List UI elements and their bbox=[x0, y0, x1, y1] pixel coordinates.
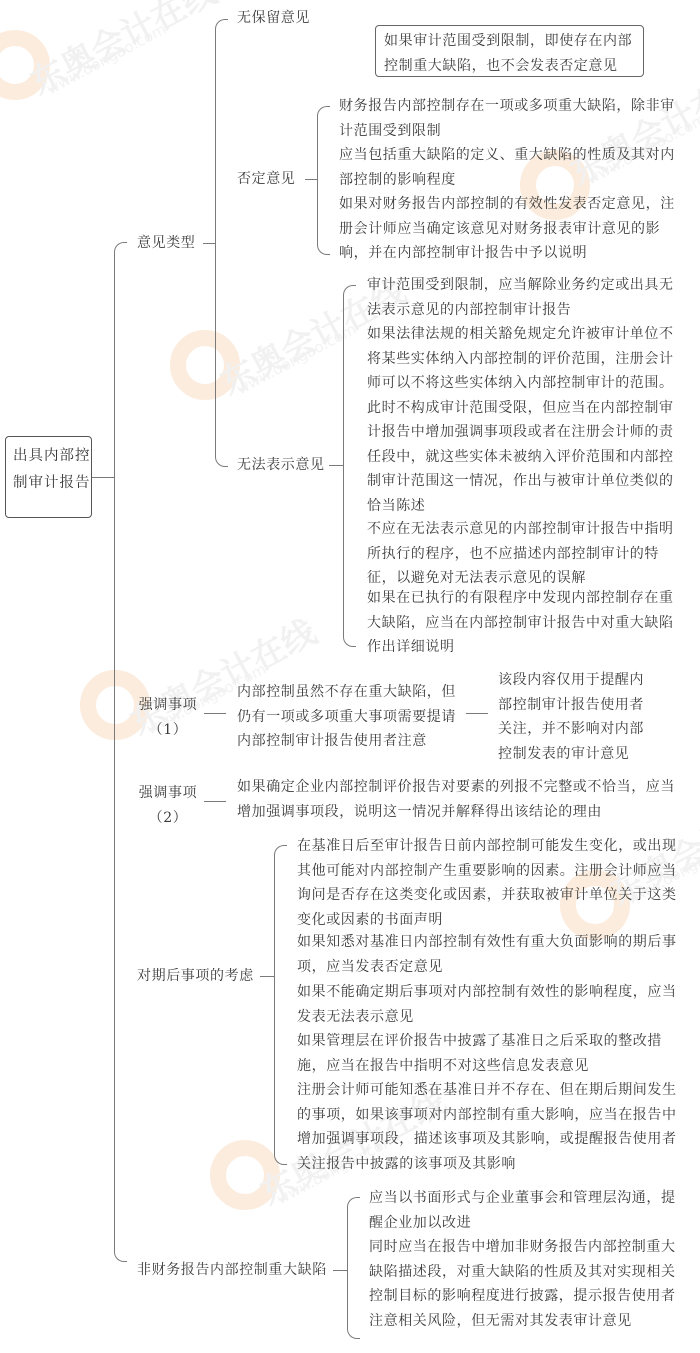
watermark-url: www.dongao.com bbox=[44, 20, 170, 98]
adverse-callout: 如果审计范围受到限制，即使存在内部控制重大缺陷，也不会发表否定意见 bbox=[375, 25, 644, 77]
disclaimer-item: 如果法律法规的相关豁免规定允许被审计单位不将某些实体纳入内部控制的评价范围，注册… bbox=[367, 322, 679, 518]
watermark-url: www.dongao.com bbox=[234, 320, 360, 398]
emphasis-1-note: 该段内容仅用于提醒内部控制审计报告使用者关注，并不影响对内部控制发表的审计意见 bbox=[498, 668, 648, 766]
opinion-types-brace bbox=[215, 19, 228, 467]
connector bbox=[333, 1270, 347, 1271]
connector bbox=[329, 465, 343, 466]
connector bbox=[92, 477, 114, 478]
root-node[interactable]: 出具内部控制审计报告 bbox=[5, 436, 92, 518]
disclaimer-item: 审计范围受到限制，应当解除业务约定或出具无法表示意见的内部控制审计报告 bbox=[367, 273, 679, 322]
disclaimer-brace bbox=[343, 285, 356, 647]
subsequent-item: 如果不能确定期后事项对内部控制有效性的影响程度，应当发表无法表示意见 bbox=[297, 980, 679, 1029]
main-branch-brace bbox=[114, 242, 127, 1262]
emphasis-1-label: 强调事项 bbox=[137, 693, 199, 718]
node-subsequent-events[interactable]: 对期后事项的考虑 bbox=[137, 964, 254, 989]
adverse-item: 如果对财务报告内部控制的有效性发表否定意见，注册会计师应当确定该意见对财务报表审… bbox=[339, 192, 675, 266]
node-unqualified[interactable]: 无保留意见 bbox=[237, 6, 310, 31]
connector bbox=[203, 243, 215, 244]
adverse-item: 财务报告内部控制存在一项或多项重大缺陷，除非审计范围受到限制 bbox=[339, 94, 675, 143]
node-emphasis-1[interactable]: 强调事项 （1） bbox=[137, 693, 199, 742]
connector bbox=[260, 976, 274, 977]
emphasis-1-number: （1） bbox=[137, 718, 199, 743]
connector bbox=[305, 179, 317, 180]
subsequent-events-brace bbox=[274, 845, 287, 1165]
connector bbox=[204, 713, 226, 714]
subsequent-item: 如果知悉对基准日内部控制有效性有重大负面影响的期后事项，应当发表否定意见 bbox=[297, 930, 679, 979]
root-label: 出具内部控制审计报告 bbox=[13, 448, 91, 491]
watermark-logo-icon bbox=[170, 330, 240, 400]
node-disclaimer[interactable]: 无法表示意见 bbox=[237, 453, 325, 478]
connector bbox=[466, 713, 488, 714]
subsequent-item: 如果管理层在评价报告中披露了基准日之后采取的整改措施，应当在报告中指明不对这些信… bbox=[297, 1029, 679, 1078]
emphasis-2-item: 如果确定企业内部控制评价报告对要素的列报不完整或不恰当，应当增加强调事项段，说明… bbox=[237, 775, 677, 824]
emphasis-2-label: 强调事项 bbox=[137, 781, 199, 806]
adverse-item: 应当包括重大缺陷的定义、重大缺陷的性质及其对内部控制的影响程度 bbox=[339, 143, 675, 192]
watermark-logo-icon bbox=[210, 1140, 280, 1210]
callout-text: 如果审计范围受到限制，即使存在内部控制重大缺陷，也不会发表否定意见 bbox=[384, 29, 639, 78]
subsequent-item: 注册会计师可能知悉在基准日并不存在、但在期后期间发生的事项，如果该事项对内部控制… bbox=[297, 1078, 679, 1176]
adverse-brace bbox=[317, 106, 330, 255]
watermark-brand: 东奥会计在线 bbox=[20, 0, 223, 104]
node-opinion-types[interactable]: 意见类型 bbox=[137, 231, 195, 256]
watermark-logo-icon bbox=[0, 30, 50, 100]
non-financial-brace bbox=[347, 1197, 360, 1339]
emphasis-2-number: （2） bbox=[137, 806, 199, 831]
connector bbox=[204, 801, 226, 802]
subsequent-item: 在基准日后至审计报告日前内部控制可能发生变化，或出现其他可能对内部控制产生重要影… bbox=[297, 834, 679, 932]
node-emphasis-2[interactable]: 强调事项 （2） bbox=[137, 781, 199, 830]
node-non-financial[interactable]: 非财务报告内部控制重大缺陷 bbox=[137, 1258, 327, 1283]
non-financial-item: 应当以书面形式与企业董事会和管理层沟通，提醒企业加以改进 bbox=[369, 1186, 681, 1235]
non-financial-item: 同时应当在报告中增加非财务报告内部控制重大缺陷描述段，对重大缺陷的性质及其对实现… bbox=[369, 1235, 681, 1333]
emphasis-1-item: 内部控制虽然不存在重大缺陷，但仍有一项或多项重大事项需要提请内部控制审计报告使用… bbox=[237, 680, 459, 754]
node-adverse[interactable]: 否定意见 bbox=[237, 167, 295, 192]
disclaimer-item: 不应在无法表示意见的内部控制审计报告中指明所执行的程序，也不应描述内部控制审计的… bbox=[367, 517, 679, 591]
disclaimer-item: 如果在已执行的有限程序中发现内部控制存在重大缺陷，应当在内部控制审计报告中对重大… bbox=[367, 586, 679, 660]
